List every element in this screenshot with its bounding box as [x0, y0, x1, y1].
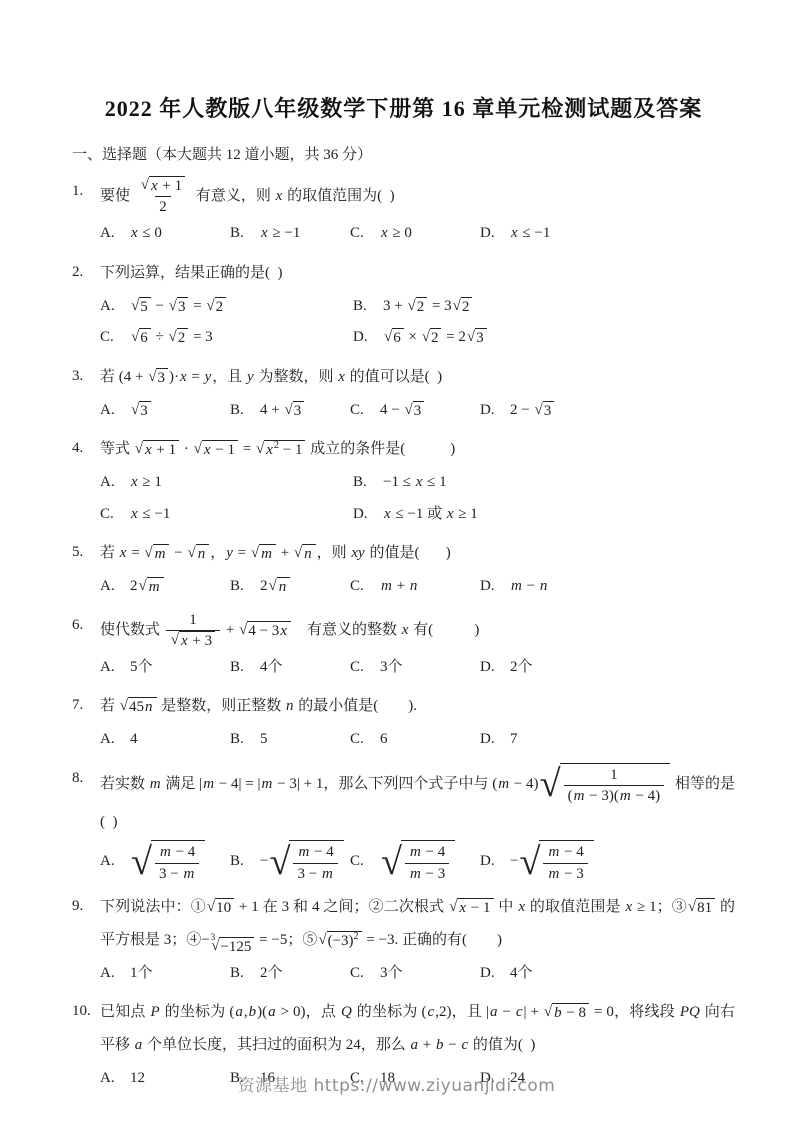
option-formula: x ≤ −1 [510, 218, 550, 250]
math-text: ,2)，且 | [435, 1004, 489, 1020]
option-formula: x ≥ 0 [380, 218, 412, 250]
math-text: · [180, 441, 193, 457]
fraction-denominator: m − 3 [405, 863, 449, 884]
radical-sign: √ [120, 697, 128, 716]
page-title: 2022 年人教版八年级数学下册第 16 章单元检测试题及答案 [72, 94, 735, 125]
math-text: 使代数式 [100, 622, 164, 638]
cube-root-index: 3 [211, 933, 216, 942]
math-text: 4 [130, 724, 138, 756]
math-variable: x [130, 499, 139, 531]
math-text: 7 [510, 724, 518, 756]
option-label: B. [230, 724, 260, 756]
radical-sign: √ [453, 297, 461, 316]
math-variable: n [197, 546, 207, 562]
radicand: n [277, 577, 291, 597]
square-root: √m − 4m − 3 [381, 840, 455, 884]
math-text: + 1 [153, 442, 176, 458]
square-root: √m − 43 − m [131, 840, 205, 884]
option-formula: 4个 [510, 958, 533, 990]
math-text: − 3 [422, 864, 445, 884]
math-text: 有( ) [409, 622, 479, 638]
radicand: m − 4m − 3 [539, 840, 593, 884]
question-body: 若 x = √m − √n，y = √m + √n，则 xy 的值是( )A.2… [100, 537, 735, 603]
square-root: √2 [407, 297, 427, 317]
math-text: − [523, 571, 539, 603]
option-b: B.4 + √3 [230, 395, 350, 427]
square-root: √x + 1 [141, 176, 185, 196]
square-root: √3 [467, 328, 487, 348]
radical-sign: √ [148, 368, 156, 387]
radicand: x − 1 [457, 898, 493, 918]
math-text: 5 [140, 299, 148, 315]
fraction-numerator: m − 4 [405, 842, 449, 862]
square-root: √x2 − 1 [256, 440, 305, 460]
math-text: 4 + [260, 395, 283, 427]
radicand: x + 1 [149, 176, 185, 196]
math-variable: x [517, 899, 526, 915]
radical-sign: √ [534, 401, 542, 420]
option-label: A. [100, 958, 130, 990]
math-text: 3 [544, 403, 552, 419]
radicand: m − 43 − m [289, 840, 343, 884]
radical-sign: √ [688, 898, 696, 917]
math-text: 3 + [383, 291, 406, 323]
section-header: 一、选择题（本大题共 12 道小题，共 36 分） [72, 141, 735, 170]
math-text: ≥ −1 [269, 218, 301, 250]
option-d: D.x ≤ −1 或 x ≥ 1 [353, 499, 735, 531]
math-text: 3个 [380, 958, 403, 990]
square-root: √3 [404, 401, 424, 421]
math-variable: xy [350, 545, 365, 561]
math-variable: Q [340, 1004, 353, 1020]
math-variable: n [539, 571, 549, 603]
fraction-numerator: 1 [606, 765, 622, 785]
square-root: √6 [131, 328, 151, 348]
question-number: 8. [72, 763, 100, 884]
radical-sign: √ [284, 401, 292, 420]
math-text: − 4 [422, 842, 445, 862]
math-text: − 4) [632, 786, 660, 806]
option-label: A. [100, 467, 130, 499]
option-formula: 2√n [260, 571, 291, 603]
question-7: 7.若 √45n 是整数，则正整数 n 的最小值是( ).A.4B.5C.6D.… [72, 690, 735, 756]
question-stem: 等式 √x + 1 · √x − 1 = √x2 − 1 成立的条件是( ) [100, 433, 735, 466]
math-variable: m [380, 571, 393, 603]
math-text: 1个 [130, 958, 153, 990]
math-text: 81 [697, 900, 712, 916]
options-row: A.√3B.4 + √3C.4 − √3D.2 − √3 [100, 395, 735, 427]
fraction-numerator: m − 4 [155, 842, 199, 862]
question-stem: 下列运算，结果正确的是( ) [100, 257, 735, 290]
math-variable: x [203, 442, 212, 458]
radical-sign: √ [404, 401, 412, 420]
option-label: B. [230, 218, 260, 250]
math-text: 5 [260, 724, 268, 756]
option-label: B. [230, 652, 260, 684]
math-text: 的取值范围是 [526, 899, 624, 915]
math-text: ≤ 0 [139, 218, 162, 250]
option-d: D.7 [480, 724, 735, 756]
math-variable: n [303, 546, 313, 562]
square-root: √4 − 3x [239, 621, 291, 641]
question-number: 9. [72, 891, 100, 990]
option-a: A.1个 [100, 958, 230, 990]
math-variable: y [225, 545, 234, 561]
options-row: A.4B.5C.6D.7 [100, 724, 735, 756]
option-formula: √m − 4m − 3 [380, 840, 456, 884]
math-variable: m [547, 864, 560, 884]
question-stem: 若 (4 + √3)·x = y，且 y 为整数，则 x 的值可以是( ) [100, 361, 735, 394]
math-superscript: 2 [354, 931, 359, 942]
option-d: D.4个 [480, 958, 735, 990]
radicand: 3 [293, 401, 305, 421]
math-text: 2 [159, 197, 167, 217]
radical-sign: √ [269, 577, 277, 596]
question-3: 3.若 (4 + √3)·x = y，且 y 为整数，则 x 的值可以是( )A… [72, 361, 735, 427]
math-variable: n [278, 579, 288, 595]
fraction-denominator: m − 3 [543, 863, 587, 884]
option-label: A. [100, 571, 130, 603]
radicand: n [196, 544, 210, 564]
math-text: ≥ 0 [389, 218, 412, 250]
fraction: m − 4m − 3 [543, 842, 587, 884]
cube-root: 3√−125 [211, 937, 255, 957]
radicand: 3 [543, 401, 555, 421]
radicand: 2 [461, 297, 473, 317]
option-a: A.2√m [100, 571, 230, 603]
math-text: 2 [462, 299, 470, 315]
square-root: √6 [384, 328, 404, 348]
question-6: 6.使代数式 1√x + 3 + √4 − 3x 有意义的整数 x 有( )A.… [72, 610, 735, 684]
math-text: 已知点 [100, 1004, 150, 1020]
math-text: 1 [189, 610, 197, 630]
option-d: D.√6 × √2 = 2√3 [353, 322, 735, 354]
square-root: √n [187, 544, 209, 564]
math-text: = 3 [189, 322, 212, 354]
fraction: m − 4m − 3 [405, 842, 449, 884]
math-text: 3 [178, 299, 186, 315]
option-label: A. [100, 724, 130, 756]
math-variable: P [150, 1004, 161, 1020]
fraction-numerator: 1 [185, 610, 201, 630]
math-text: − [498, 1004, 514, 1020]
fraction-denominator: 2 [155, 196, 171, 217]
radical-sign: √ [294, 544, 302, 563]
square-root: √m [251, 544, 276, 564]
math-text: 若实数 [100, 776, 149, 792]
math-variable: c [427, 1004, 436, 1020]
square-root: √5 [131, 297, 151, 317]
option-label: A. [100, 652, 130, 684]
square-root: √3 [131, 401, 151, 421]
option-d: D.x ≤ −1 [480, 218, 735, 250]
question-body: 若实数 m 满足 |m − 4| = |m − 3| + 1，那么下列四个式子中… [100, 763, 735, 884]
option-c: C.3个 [350, 958, 480, 990]
option-b: B.3 + √2 = 3√2 [353, 291, 735, 323]
question-body: 使代数式 1√x + 3 + √4 − 3x 有意义的整数 x 有( )A.5个… [100, 610, 735, 684]
math-variable: c [460, 1037, 469, 1053]
option-label: D. [480, 724, 510, 756]
math-text: = [127, 545, 143, 561]
math-variable: x [130, 218, 139, 250]
math-text: 2 [417, 299, 425, 315]
math-text: ， [210, 545, 225, 561]
option-label: B. [353, 467, 383, 499]
radicand: b − 8 [552, 1003, 589, 1023]
math-text: − 8 [563, 1005, 586, 1021]
math-variable: x [446, 499, 455, 531]
question-body: 若 √45n 是整数，则正整数 n 的最小值是( ).A.4B.5C.6D.7 [100, 690, 735, 756]
document-page: 2022 年人教版八年级数学下册第 16 章单元检测试题及答案 一、选择题（本大… [0, 0, 793, 1095]
math-text: = [189, 291, 205, 323]
math-text: − 4 [310, 842, 333, 862]
question-stem: 已知点 P 的坐标为 (a,b)(a > 0)，点 Q 的坐标为 (c,2)，且… [100, 996, 735, 1062]
math-text: = [239, 441, 255, 457]
fraction-denominator: √x + 3 [166, 630, 220, 651]
math-variable: x [260, 218, 269, 250]
math-text: = 3 [428, 291, 451, 323]
math-text: 2 [431, 330, 439, 346]
fraction-denominator: (m − 3)(m − 4) [564, 785, 665, 806]
option-label: C. [100, 322, 130, 354]
math-text: 3 [414, 403, 422, 419]
radical-sign: √ [139, 577, 147, 596]
math-text: = −5；⑤ [255, 932, 317, 948]
option-formula: 4 [130, 724, 138, 756]
math-text: + [419, 1037, 435, 1053]
square-root: √3 [169, 297, 189, 317]
math-text: −1 ≤ [383, 467, 415, 499]
question-number: 5. [72, 537, 100, 603]
math-text: ≥ 1；③ [633, 899, 687, 915]
math-text: 下列说法中：① [100, 899, 206, 915]
radicand: 3 [413, 401, 425, 421]
radicand: 45n [128, 697, 157, 717]
radicand: 1(m − 3)(m − 4) [560, 763, 671, 807]
math-text: 3 [294, 403, 302, 419]
math-text: 3 [476, 330, 484, 346]
math-variable: m [261, 776, 274, 792]
option-a: A.√m − 43 − m [100, 840, 230, 884]
math-text: 4个 [260, 652, 283, 684]
radical-sign: √ [187, 544, 195, 563]
footer-watermark: 资源基地 https://www.ziyuanjidi.com [0, 1071, 793, 1096]
math-text: 个单位长度，其扫过的面积为 24，那么 [143, 1037, 409, 1053]
radical-sign: √ [422, 328, 430, 347]
options-row: A.√5 − √3 = √2B.3 + √2 = 3√2C.√6 ÷ √2 = … [100, 291, 735, 354]
math-text: ≥ 1 [139, 467, 162, 499]
option-formula: √6 ÷ √2 = 3 [130, 322, 213, 354]
math-text: 等式 [100, 441, 134, 457]
math-text: − 3)( [585, 786, 618, 806]
radicand: 6 [392, 328, 404, 348]
question-stem: 若 √45n 是整数，则正整数 n 的最小值是( ). [100, 690, 735, 723]
math-text: 45 [129, 699, 144, 715]
math-text: > 0)，点 [277, 1004, 340, 1020]
option-formula: m + n [380, 571, 418, 603]
option-formula: 5 [260, 724, 268, 756]
math-text: 为整数，则 [255, 369, 338, 385]
math-text: − 4 [172, 842, 195, 862]
math-variable: a [410, 1037, 420, 1053]
option-label: D. [480, 218, 510, 250]
fraction-denominator: 3 − m [155, 863, 199, 884]
radicand: 2 [416, 297, 428, 317]
option-d: D.2 − √3 [480, 395, 735, 427]
option-c: C.6 [350, 724, 480, 756]
radicand: (−3)2 [327, 931, 362, 951]
math-text: − [510, 846, 518, 878]
question-4: 4.等式 √x + 1 · √x − 1 = √x2 − 1 成立的条件是( )… [72, 433, 735, 530]
math-text: − [445, 1037, 461, 1053]
option-formula: x ≥ 1 [130, 467, 162, 499]
option-label: C. [350, 395, 380, 427]
radical-sign: √ [144, 544, 152, 563]
math-text: ≤ 1 [423, 467, 446, 499]
math-variable: x [458, 900, 467, 916]
math-variable: y [204, 369, 213, 385]
math-text: ≤ −1 [139, 499, 171, 531]
option-formula: 2个 [510, 652, 533, 684]
radical-sign: √ [131, 843, 152, 881]
option-formula: 3个 [380, 652, 403, 684]
question-number: 2. [72, 257, 100, 354]
math-variable: m [409, 842, 422, 862]
math-text: + [222, 622, 238, 638]
option-formula: 4 + √3 [260, 395, 305, 427]
math-text: ≥ 1 [455, 499, 478, 531]
radical-sign: √ [407, 297, 415, 316]
option-label: C. [350, 846, 380, 878]
square-root: √x + 3 [171, 631, 215, 651]
math-text: + 3 [189, 633, 212, 649]
math-text: 6 [380, 724, 388, 756]
options-row: A.x ≤ 0B.x ≥ −1C.x ≥ 0D.x ≤ −1 [100, 218, 735, 250]
math-text: 3 [140, 403, 148, 419]
option-label: A. [100, 846, 130, 878]
square-root: √x − 1 [194, 440, 238, 460]
option-b: B.5 [230, 724, 350, 756]
radical-sign: √ [318, 931, 326, 950]
math-variable: m [619, 786, 632, 806]
fraction-numerator: m − 4 [543, 842, 587, 862]
math-text: 4个 [510, 958, 533, 990]
square-root: √10 [207, 898, 234, 918]
radicand: x + 1 [143, 440, 179, 460]
radicand: 5 [139, 297, 151, 317]
math-variable: m [409, 864, 422, 884]
option-c: C.x ≥ 0 [350, 218, 480, 250]
question-stem: 若 x = √m − √n，y = √m + √n，则 xy 的值是( ) [100, 537, 735, 570]
square-root: √(−3)2 [318, 931, 361, 951]
math-text: −125 [220, 939, 251, 955]
math-variable: n [409, 571, 419, 603]
radical-sign: √ [519, 843, 540, 881]
math-text: − 4 [560, 842, 583, 862]
square-root: √m − 43 − m [269, 840, 343, 884]
option-formula: 2个 [260, 958, 283, 990]
math-text: 2 [178, 330, 186, 346]
math-text: 的坐标为 ( [161, 1004, 235, 1020]
options-row: A.2√mB.2√nC.m + nD.m − n [100, 571, 735, 603]
math-text: 3 − [297, 864, 320, 884]
math-text: + [393, 571, 409, 603]
radical-sign: √ [131, 328, 139, 347]
option-formula: 6 [380, 724, 388, 756]
option-b: B.−√m − 43 − m [230, 840, 350, 884]
radicand: 3 [156, 368, 168, 388]
radical-sign: √ [206, 297, 214, 316]
math-text: + 1 [159, 178, 182, 194]
option-formula: −√m − 43 − m [260, 840, 345, 884]
option-label: C. [350, 652, 380, 684]
math-text: 成立的条件是( ) [306, 441, 455, 457]
option-a: A.x ≥ 1 [100, 467, 353, 499]
math-variable: x [179, 369, 188, 385]
math-variable: m [260, 546, 273, 562]
math-text: = 2 [442, 322, 465, 354]
question-2: 2.下列运算，结果正确的是( )A.√5 − √3 = √2B.3 + √2 =… [72, 257, 735, 354]
square-root: √m − 4m − 3 [519, 840, 593, 884]
option-formula: √6 × √2 = 2√3 [383, 322, 488, 354]
radicand: 3 [475, 328, 487, 348]
option-b: B.2个 [230, 958, 350, 990]
radicand: x2 − 1 [264, 440, 305, 460]
math-text: 有意义，则 [192, 188, 275, 204]
radicand: m [153, 544, 170, 564]
math-variable: m [573, 786, 586, 806]
math-text: 1 [610, 765, 618, 785]
math-text: 6 [140, 330, 148, 346]
option-formula: √3 [130, 401, 152, 421]
math-text: 4 − [380, 395, 403, 427]
square-root: √x − 1 [449, 898, 493, 918]
math-text: ≤ −1 [519, 218, 551, 250]
option-label: B. [230, 958, 260, 990]
option-formula: 3个 [380, 958, 403, 990]
math-text: 5个 [130, 652, 153, 684]
option-formula: 1个 [130, 958, 153, 990]
option-b: B.−1 ≤ x ≤ 1 [353, 467, 735, 499]
option-label: B. [230, 846, 260, 878]
option-b: B.4个 [230, 652, 350, 684]
math-text: 3 − [159, 864, 182, 884]
question-stem: 要使 √x + 12 有意义，则 x 的取值范围为( ) [100, 176, 735, 217]
radical-sign: √ [131, 297, 139, 316]
option-label: B. [230, 571, 260, 603]
math-variable: m [297, 842, 310, 862]
math-text: − 3 [560, 864, 583, 884]
math-text: 是整数，则正整数 [158, 698, 286, 714]
square-root: √x + 1 [135, 440, 179, 460]
question-body: 下列说法中：①√10 + 1 在 3 和 4 之间；②二次根式 √x − 1 中… [100, 891, 735, 990]
math-text: 的取值范围为( ) [283, 188, 394, 204]
square-root: √b − 8 [544, 1003, 589, 1023]
fraction-denominator: 3 − m [293, 863, 337, 884]
square-root: √n [269, 577, 291, 597]
question-1: 1.要使 √x + 12 有意义，则 x 的取值范围为( )A.x ≤ 0B.x… [72, 176, 735, 250]
square-root: √45n [120, 697, 157, 717]
math-variable: x [265, 442, 274, 458]
square-root: √3 [534, 401, 554, 421]
fraction: m − 43 − m [155, 842, 199, 884]
math-variable: m [154, 546, 167, 562]
math-text: − [260, 846, 268, 878]
options-row: A.x ≥ 1B.−1 ≤ x ≤ 1C.x ≤ −1D.x ≤ −1 或 x … [100, 467, 735, 530]
math-variable: c [515, 1004, 524, 1020]
math-variable: x [624, 899, 633, 915]
question-stem: 若实数 m 满足 |m − 4| = |m − 3| + 1，那么下列四个式子中… [100, 763, 735, 840]
